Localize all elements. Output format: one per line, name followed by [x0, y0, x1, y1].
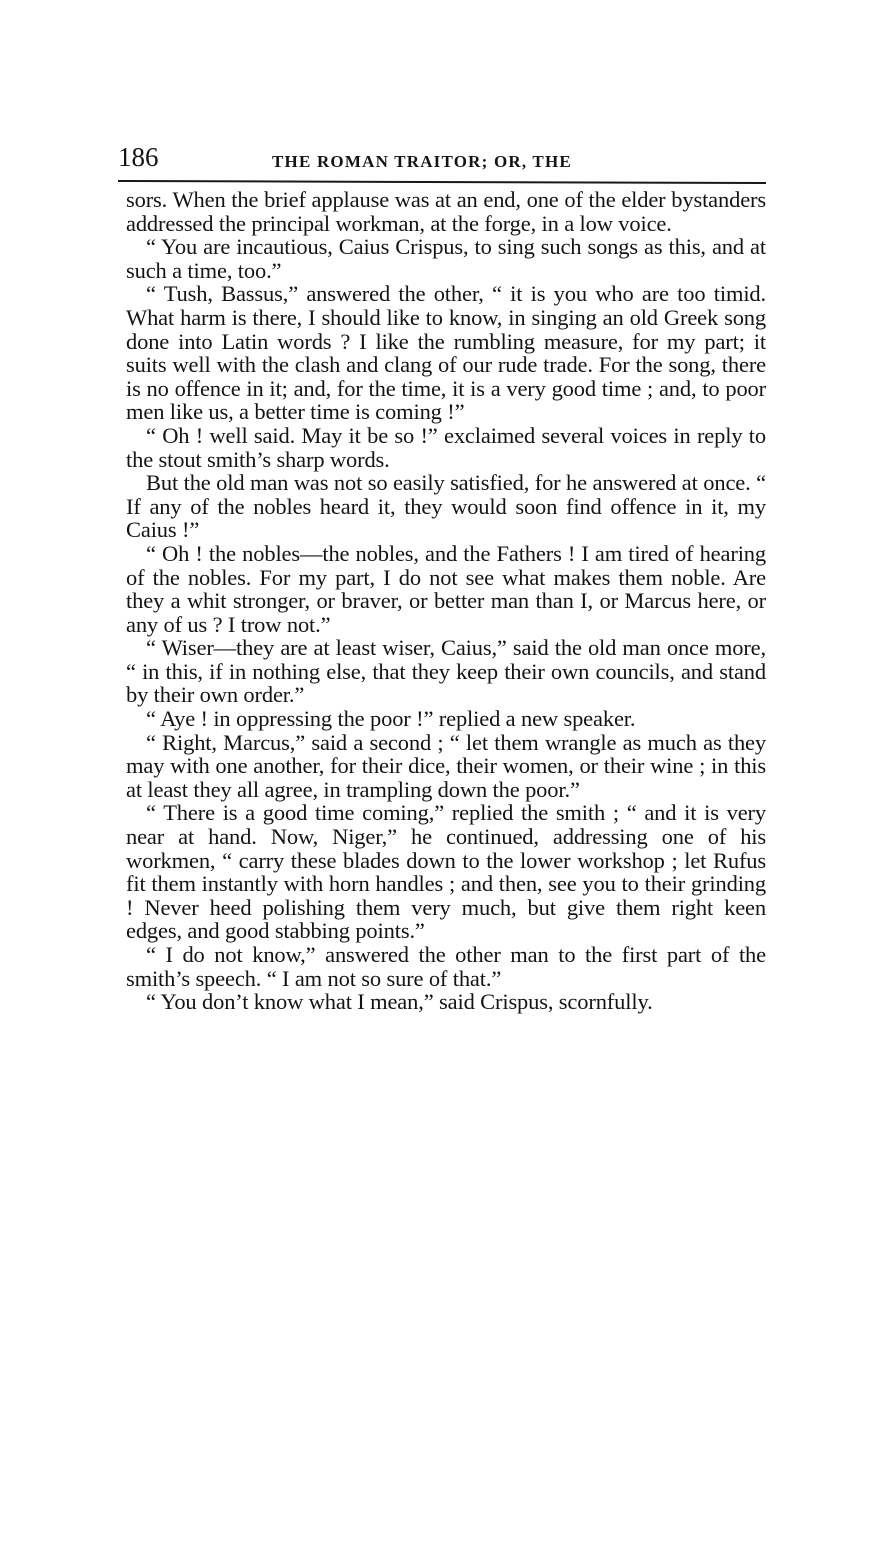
book-page: 186 THE ROMAN TRAITOR; OR, THE sors. Whe…	[118, 136, 766, 174]
running-head: 186 THE ROMAN TRAITOR; OR, THE	[118, 136, 766, 174]
paragraph: “ Right, Marcus,” said a second ; “ let …	[126, 731, 766, 802]
paragraph: “ Wiser—they are at least wiser, Caius,”…	[126, 636, 766, 707]
paragraph: “ There is a good time coming,” replied …	[126, 801, 766, 943]
paragraph: “ Oh ! the nobles—the nobles, and the Fa…	[126, 542, 766, 636]
running-title: THE ROMAN TRAITOR; OR, THE	[272, 152, 572, 172]
paragraph: “ You don’t know what I mean,” said Cris…	[126, 990, 766, 1014]
page-number: 186	[118, 144, 159, 171]
paragraph: “ Oh ! well said. May it be so !” exclai…	[126, 424, 766, 471]
header-rule	[118, 180, 766, 184]
paragraph: sors. When the brief applause was at an …	[126, 188, 766, 235]
paragraph: “ You are incautious, Caius Crispus, to …	[126, 235, 766, 282]
paragraph: “ Tush, Bassus,” answered the other, “ i…	[126, 282, 766, 424]
body-text: sors. When the brief applause was at an …	[126, 188, 766, 1014]
paragraph: But the old man was not so easily satisf…	[126, 471, 766, 542]
paragraph: “ Aye ! in oppressing the poor !” replie…	[126, 707, 766, 731]
paragraph: “ I do not know,” answered the other man…	[126, 943, 766, 990]
